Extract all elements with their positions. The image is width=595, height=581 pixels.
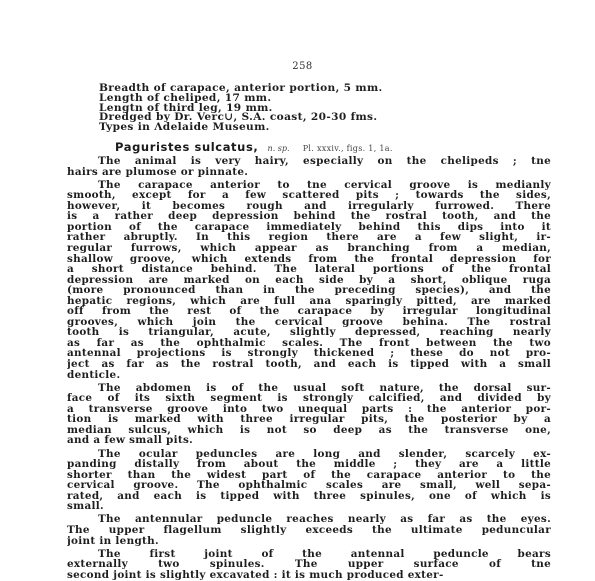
text-line: face of its sixth segment is strongly ca… — [67, 393, 551, 404]
text-line: ject as far as the rostral tooth, and ea… — [67, 359, 551, 370]
plate-reference: Pl. xxxiv., figs. 1, 1a. — [303, 144, 393, 153]
text-line: shallow groove, which extends from the f… — [67, 254, 551, 265]
text-line: cervical groove. The ophthalmic scales a… — [67, 480, 551, 491]
paragraph: The ocular peduncles are long and slende… — [67, 449, 551, 512]
text-line: as far as the ophthalmic scales. The fro… — [67, 338, 551, 349]
text-line: The animal is very hairy, especially on … — [67, 156, 551, 167]
text-line: The upper flagellum slightly exceeds the… — [67, 525, 551, 536]
text-line: grooves, which join the cervical groove … — [67, 317, 551, 328]
text-line: The abdomen is of the usual soft nature,… — [67, 383, 551, 394]
text-line: denticle. — [67, 370, 551, 381]
paragraph: The abdomen is of the usual soft nature,… — [67, 383, 551, 446]
text-line: The ocular peduncles are long and slende… — [67, 449, 551, 460]
measurement-line: Types in Λdelaide Museum. — [99, 123, 519, 133]
text-line: The carapace anterior to tne cervical gr… — [67, 180, 551, 191]
text-line: however, it becomes rough and irregularl… — [67, 201, 551, 212]
text-line: shorter than the widest part of the cara… — [67, 470, 551, 481]
text-line: rated, and each is tipped with three spi… — [67, 491, 551, 502]
text-line: antennal projections is strongly thicken… — [67, 348, 551, 359]
page-number: 258 — [0, 61, 595, 72]
text-line: hairs are plumose or pinnate. — [67, 167, 551, 178]
paragraph: The animal is very hairy, especially on … — [67, 156, 551, 177]
text-line: second joint is slightly excavated : it … — [67, 570, 551, 581]
text-line: regular furrows, which appear as branchi… — [67, 243, 551, 254]
species-status: n. sp. — [268, 144, 290, 153]
text-line: median sulcus, which is not so deep as t… — [67, 425, 551, 436]
paragraph: The first joint of the antennal peduncle… — [67, 549, 551, 581]
measurements-list: Breadth of carapace, anterior portion, 5… — [99, 84, 519, 133]
text-line: depression are marked on each side by a … — [67, 275, 551, 286]
description-body: The animal is very hairy, especially on … — [67, 156, 551, 581]
text-line: a transverse groove into two unequal par… — [67, 404, 551, 415]
text-line: The first joint of the antennal peduncle… — [67, 549, 551, 560]
text-line: The antennular peduncle reaches nearly a… — [67, 514, 551, 525]
text-line: rather abruptly. In this region there ar… — [67, 232, 551, 243]
text-line: (more pronounced than in the preceding s… — [67, 285, 551, 296]
text-line: tion is marked with three irregular pits… — [67, 414, 551, 425]
text-line: portion of the carapace immediately behi… — [67, 222, 551, 233]
text-line: a short distance behind. The lateral por… — [67, 264, 551, 275]
text-line: tooth is triangular, acute, slightly dep… — [67, 327, 551, 338]
text-line: small. — [67, 501, 551, 512]
text-line: joint in length. — [67, 536, 551, 547]
paragraph: The antennular peduncle reaches nearly a… — [67, 514, 551, 546]
text-line: hepatic regions, which are full ana spar… — [67, 296, 551, 307]
species-heading: Paguristes sulcatus, n. sp. Pl. xxxiv., … — [115, 141, 545, 155]
text-line: externally two spinules. The upper surfa… — [67, 559, 551, 570]
text-line: is a rather deep depression behind the r… — [67, 211, 551, 222]
text-line: smooth, except for a few scattered pits … — [67, 190, 551, 201]
document-page: 258 Breadth of carapace, anterior portio… — [0, 0, 595, 581]
text-line: off from the rest of the carapace by irr… — [67, 306, 551, 317]
text-line: panding distally from about the middle ;… — [67, 459, 551, 470]
text-line: and a few small pits. — [67, 435, 551, 446]
species-name: Paguristes sulcatus, — [115, 140, 258, 154]
paragraph: The carapace anterior to tne cervical gr… — [67, 180, 551, 380]
